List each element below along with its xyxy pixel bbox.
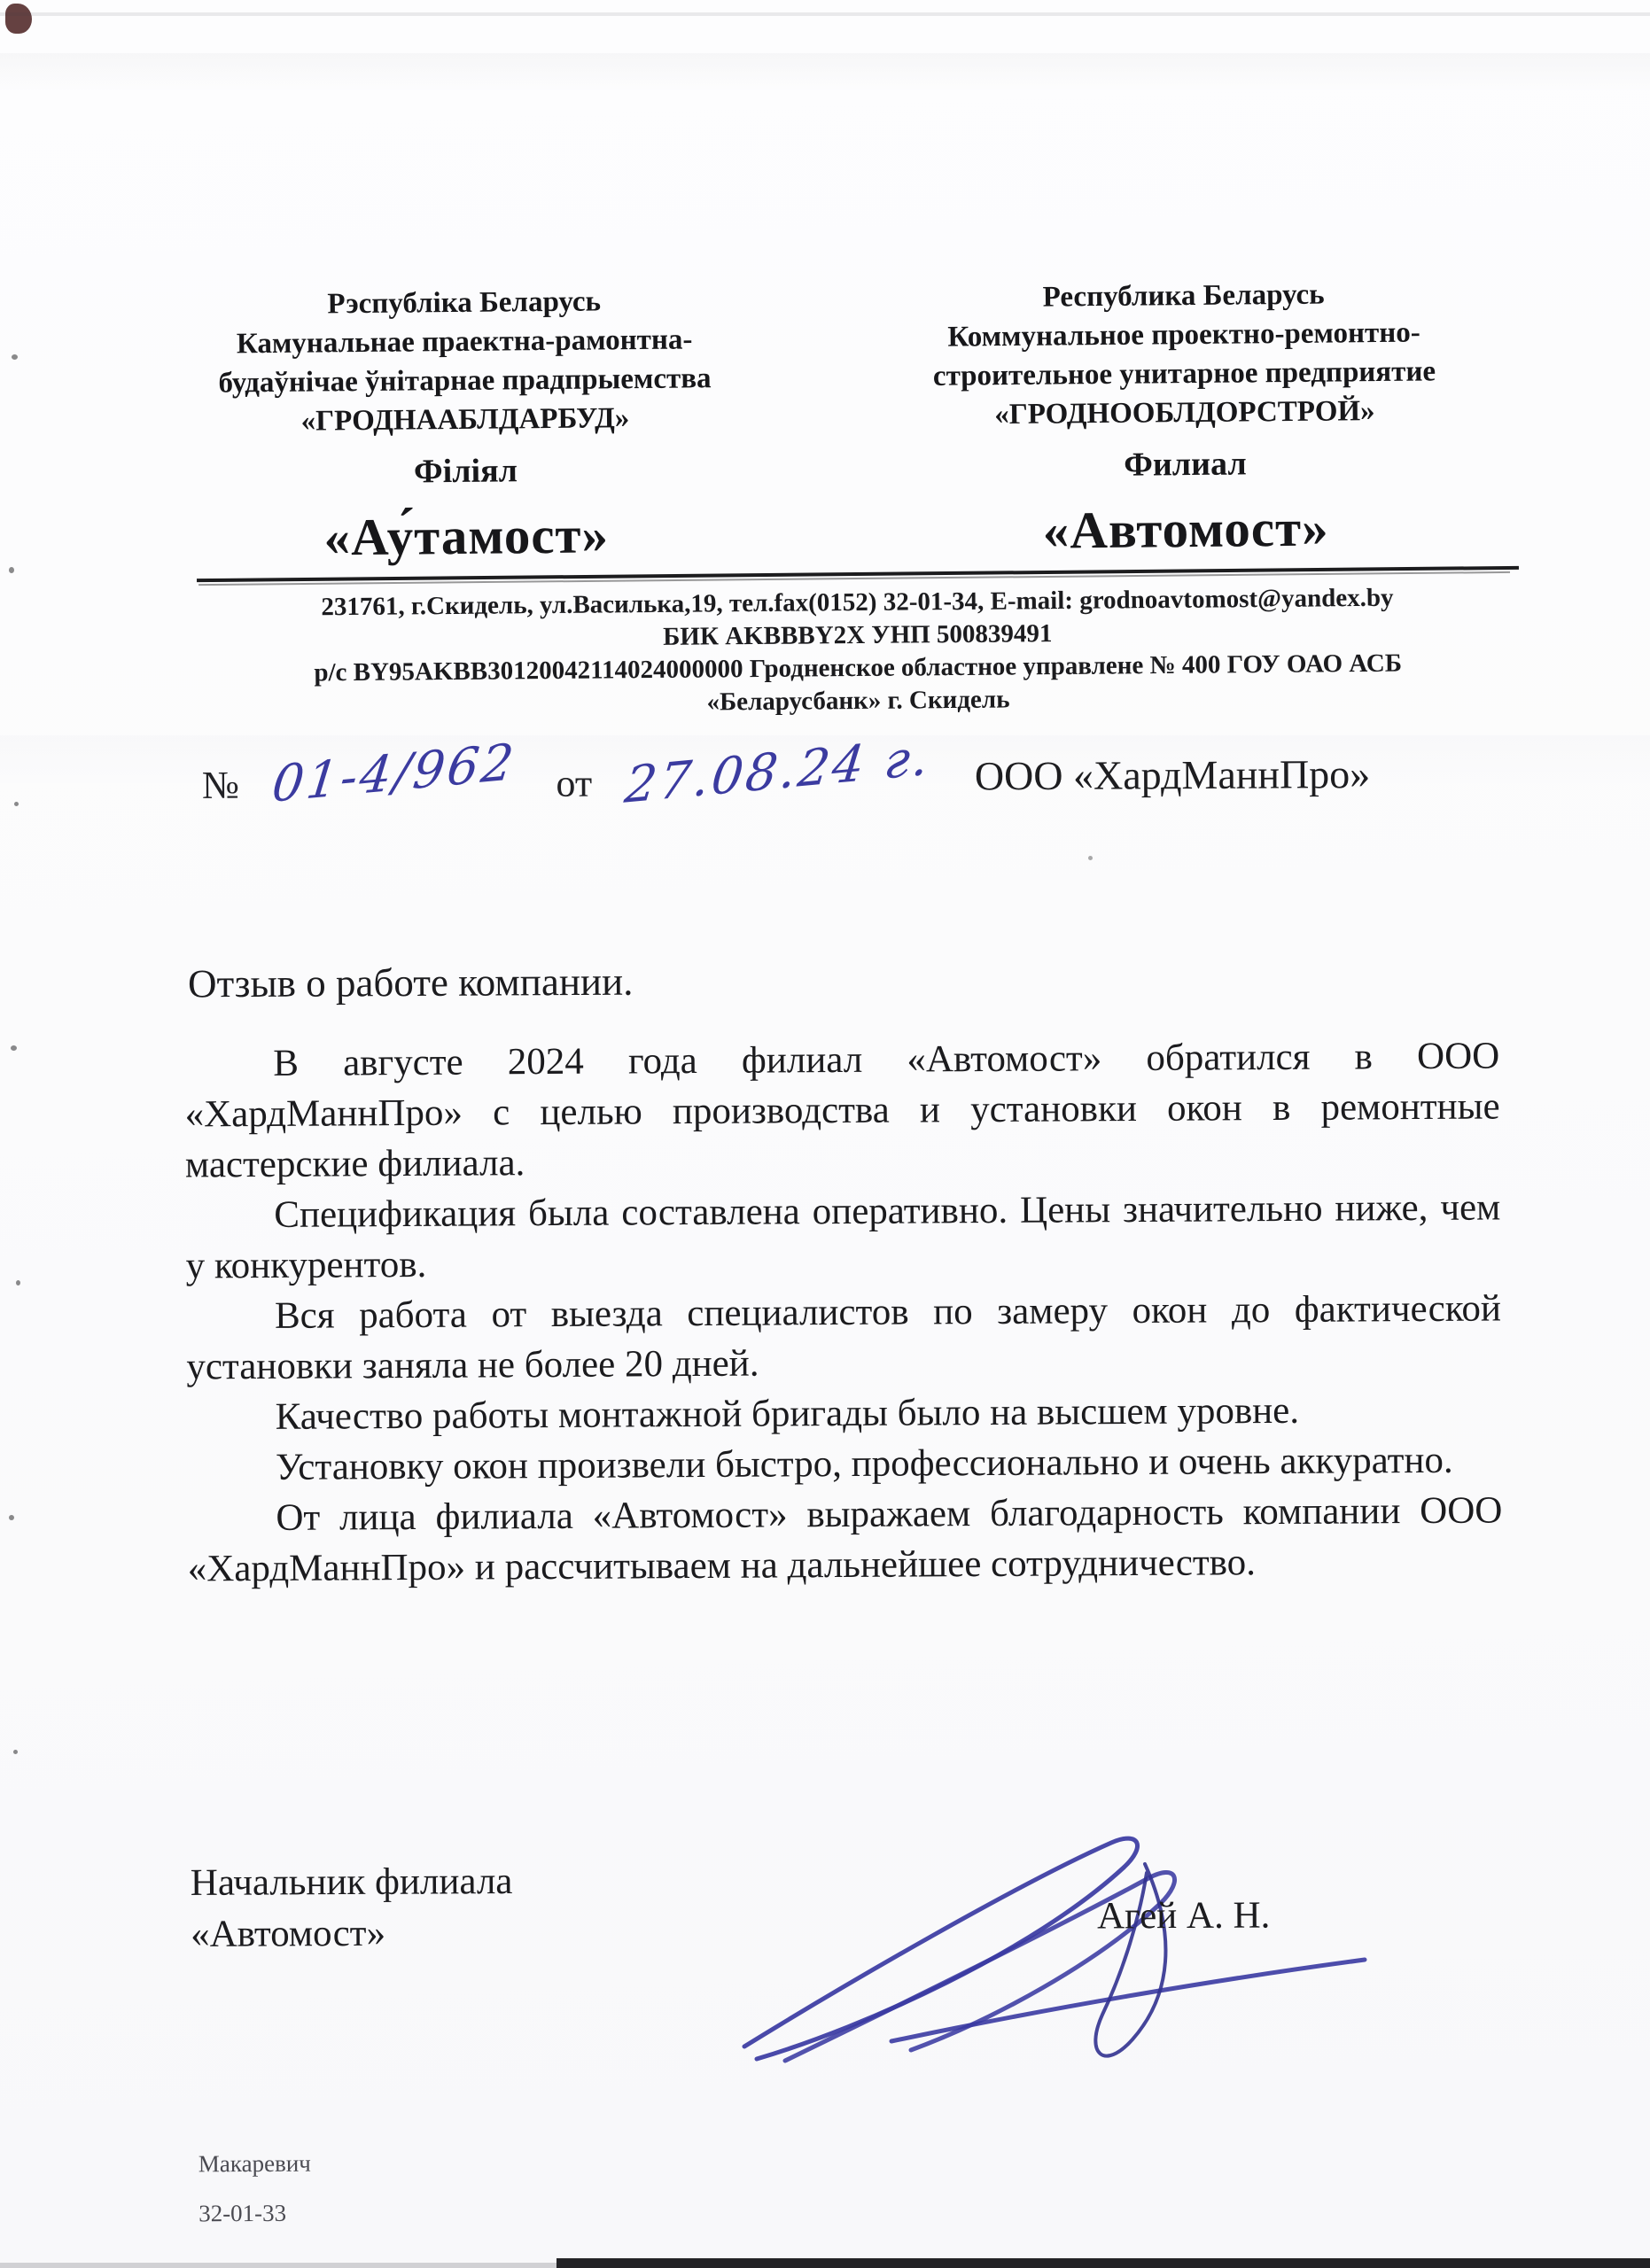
handwritten-date: 27.08.24 г. <box>622 728 935 815</box>
scan-bottom-strip <box>556 2258 1650 2268</box>
filial-label-by: Філіял <box>124 447 806 495</box>
scan-speck <box>16 1280 20 1285</box>
paragraph: В августе 2024 года филиал «Автомост» об… <box>184 1030 1500 1190</box>
letterhead-russian: Республика Беларусь Коммунальное проектн… <box>842 273 1527 561</box>
handwritten-outgoing-number: 01-4/962 <box>269 734 519 814</box>
paragraph: Вся работа от выезда специалистов по зам… <box>186 1283 1502 1392</box>
scan-speck <box>9 567 14 573</box>
executor-name: Макаревич <box>198 2139 311 2189</box>
scanned-letter-page: Рэспубліка Беларусь Камунальнае праектна… <box>0 0 1650 2268</box>
scan-bottom-strip-light <box>0 2263 556 2268</box>
letterhead: Рэспубліка Беларусь Камунальнае праектна… <box>123 273 1528 568</box>
paragraph: Установку окон произвели быстро, професс… <box>187 1434 1502 1493</box>
recipient-company: ООО «ХардМаннПро» <box>975 750 1371 799</box>
scan-speck <box>11 1045 17 1051</box>
reference-line: № 01-4/962 от 27.08.24 г. ООО «ХардМаннП… <box>202 746 1523 850</box>
letterhead-belarusian: Рэспубліка Беларусь Камунальнае праектна… <box>123 280 808 568</box>
org-name-ru: «ГРОДНООБЛДОРСТРОЙ» <box>844 390 1526 435</box>
scan-speck <box>12 354 18 360</box>
signer-name: Агей А. Н. <box>1097 1893 1271 1938</box>
paragraph: От лица филиала «Автомост» выражаем благ… <box>187 1485 1503 1594</box>
paragraph: Качество работы монтажной бригады было н… <box>187 1384 1502 1442</box>
letter-body: В августе 2024 года филиал «Автомост» об… <box>184 1030 1503 1594</box>
org-name-by: «ГРОДНААБЛДАРБУД» <box>124 397 806 442</box>
signer-position-line1: Начальник филиала <box>191 1856 513 1909</box>
org-type-line1-ru: Коммунальное проектно-ремонтно- <box>843 312 1525 357</box>
org-type-line2-by: будаўнічае ўнітарнае прадпрыемства <box>123 358 806 403</box>
scan-streak <box>0 12 1650 16</box>
executor-block: Макаревич 32-01-33 <box>198 2139 312 2239</box>
country-line-by: Рэспубліка Беларусь <box>123 280 806 325</box>
contact-block: 231761, г.Скидель, ул.Василька,19, тел.f… <box>196 580 1519 723</box>
paragraph: Спецификация была составлена оперативно.… <box>185 1182 1501 1291</box>
org-type-line2-ru: строительное унитарное предприятие <box>843 351 1525 396</box>
executor-phone: 32-01-33 <box>198 2188 311 2239</box>
scan-streak <box>0 53 1650 92</box>
scan-speck <box>9 1515 14 1520</box>
country-line-ru: Республика Беларусь <box>842 273 1524 318</box>
number-sign: № <box>202 764 239 807</box>
org-type-line1-by: Камунальнае праектна-рамонтна- <box>123 319 806 364</box>
from-label: от <box>556 762 592 805</box>
signer-position: Начальник филиала «Автомост» <box>191 1856 513 1961</box>
scan-corner-blot <box>5 4 32 34</box>
scan-speck <box>14 802 19 806</box>
branch-name-by: «Ау́тамост» <box>125 503 808 568</box>
signer-position-line2: «Автомост» <box>191 1907 513 1961</box>
letterhead-divider <box>197 566 1519 582</box>
scan-speck <box>13 1750 18 1754</box>
handwritten-signature <box>718 1807 1391 2073</box>
scan-speck <box>1088 856 1093 860</box>
branch-name-ru: «Автомост» <box>844 496 1528 561</box>
filial-label-ru: Филиал <box>844 439 1526 488</box>
letter-title: Отзыв о работе компании. <box>188 959 634 1007</box>
